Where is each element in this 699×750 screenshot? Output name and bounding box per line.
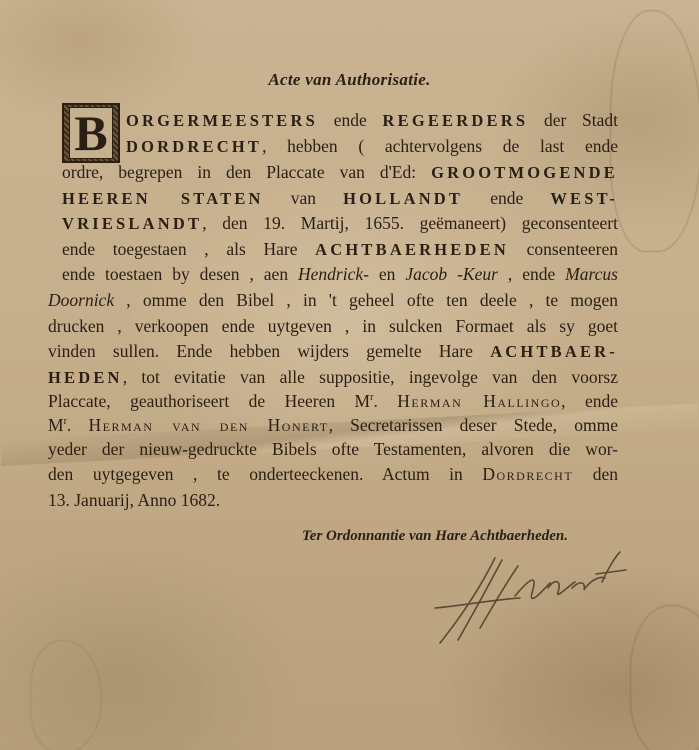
text-line: den uytgegeven , te onderteeckenen. Actu… <box>48 466 618 484</box>
decorated-initial: B <box>62 103 120 163</box>
text-segment: den uytgegeven , te onderteeckenen. Actu… <box>48 464 482 484</box>
text-line: ORGERMEESTERS ende REGEERDERS der Stadt <box>126 112 618 130</box>
text-segment: M <box>48 415 64 435</box>
text-segment: den <box>573 464 618 484</box>
text-segment: vinden sullen. Ende hebben wijders gemel… <box>48 341 490 361</box>
text-segment: Herman Hallingo <box>397 391 561 411</box>
text-segment: , tot evitatie van alle suppositie, inge… <box>123 367 618 387</box>
text-line: ende toegestaen , als Hare ACHTBAERHEDEN… <box>62 241 618 259</box>
text-segment: HEEREN STATEN <box>62 189 264 208</box>
text-line: HEEREN STATEN van HOLLANDT ende WEST- <box>62 190 618 208</box>
text-line: DORDRECHT, hebben ( achtervolgens de las… <box>126 138 618 156</box>
text-segment: , omme den Bibel , in 't geheel ofte ten… <box>114 290 618 310</box>
text-line: VRIESLANDT, den 19. Martij, 1655. geëman… <box>62 215 618 233</box>
text-segment: HOLLANDT <box>343 189 463 208</box>
text-segment: Herman van den Honert <box>88 415 328 435</box>
text-segment: GROOTMOGENDE <box>431 163 618 182</box>
text-segment: , Secretarissen deser Stede, omme <box>329 415 618 435</box>
handwritten-signature <box>420 548 640 648</box>
document-title: Acte van Authorisatie. <box>0 70 699 90</box>
text-segment: REGEERDERS <box>383 111 529 130</box>
text-line: vinden sullen. Ende hebben wijders gemel… <box>48 343 618 361</box>
text-segment: drucken , verkoopen ende uytgeven , in s… <box>48 316 618 336</box>
text-segment: , den 19. Martij, 1655. geëmaneert) geco… <box>202 213 618 233</box>
text-segment: , ende <box>561 391 618 411</box>
text-segment: WEST- <box>550 189 618 208</box>
text-line: Placcate, geauthoriseert de Heeren Mr. H… <box>48 393 618 411</box>
text-segment: ende <box>318 110 383 130</box>
text-segment: Doornick <box>48 290 114 310</box>
text-line: 13. Januarij, Anno 1682. <box>48 492 220 510</box>
text-segment: Dordrecht <box>482 464 573 484</box>
text-segment: Marcus <box>565 264 618 284</box>
text-segment: 13. Januarij, Anno 1682. <box>48 490 220 510</box>
text-line: HEDEN, tot evitatie van alle suppositie,… <box>48 369 618 387</box>
text-line: ende toestaen by desen , aen Hendrick- e… <box>62 266 618 284</box>
text-segment: VRIESLANDT <box>62 214 202 233</box>
text-segment: ORGERMEESTERS <box>126 111 318 130</box>
text-line: Doornick , omme den Bibel , in 't geheel… <box>48 292 618 310</box>
text-segment: van <box>264 188 343 208</box>
text-segment: . <box>67 415 89 435</box>
text-segment: . <box>373 391 397 411</box>
text-line: Mr. Herman van den Honert, Secretarissen… <box>48 417 618 435</box>
text-segment: yeder der nieuw-gedruckte Bibels ofte Te… <box>48 439 618 459</box>
text-segment: HEDEN <box>48 368 123 387</box>
text-segment: en <box>369 264 405 284</box>
text-segment: Placcate, geauthoriseert de Heeren M <box>48 391 370 411</box>
text-segment: consenteeren <box>509 239 618 259</box>
text-segment: der Stadt <box>528 110 618 130</box>
ordonnantie-line: Ter Ordonnantie van Hare Achtbaerheden. <box>302 528 568 545</box>
water-stain <box>610 10 699 252</box>
text-segment: ende <box>463 188 550 208</box>
text-segment: ACHTBAERHEDEN <box>315 240 509 259</box>
text-segment: ende toegestaen , als Hare <box>62 239 315 259</box>
text-line: drucken , verkoopen ende uytgeven , in s… <box>48 318 618 336</box>
text-line: ordre, begrepen in den Placcate van d'Ed… <box>62 164 618 182</box>
text-segment: DORDRECHT <box>126 137 262 156</box>
text-segment: ende toestaen by desen , aen <box>62 264 298 284</box>
text-segment: ordre, begrepen in den Placcate van d'Ed… <box>62 162 431 182</box>
text-segment: , ende <box>498 264 565 284</box>
water-stain <box>630 605 699 750</box>
text-line: yeder der nieuw-gedruckte Bibels ofte Te… <box>48 441 618 459</box>
text-segment: Jacob -Keur <box>405 264 498 284</box>
initial-letter: B <box>69 107 112 159</box>
text-segment: ACHTBAER- <box>490 342 618 361</box>
text-segment: , hebben ( achtervolgens de last ende <box>262 136 618 156</box>
text-segment: Hendrick- <box>298 264 369 284</box>
